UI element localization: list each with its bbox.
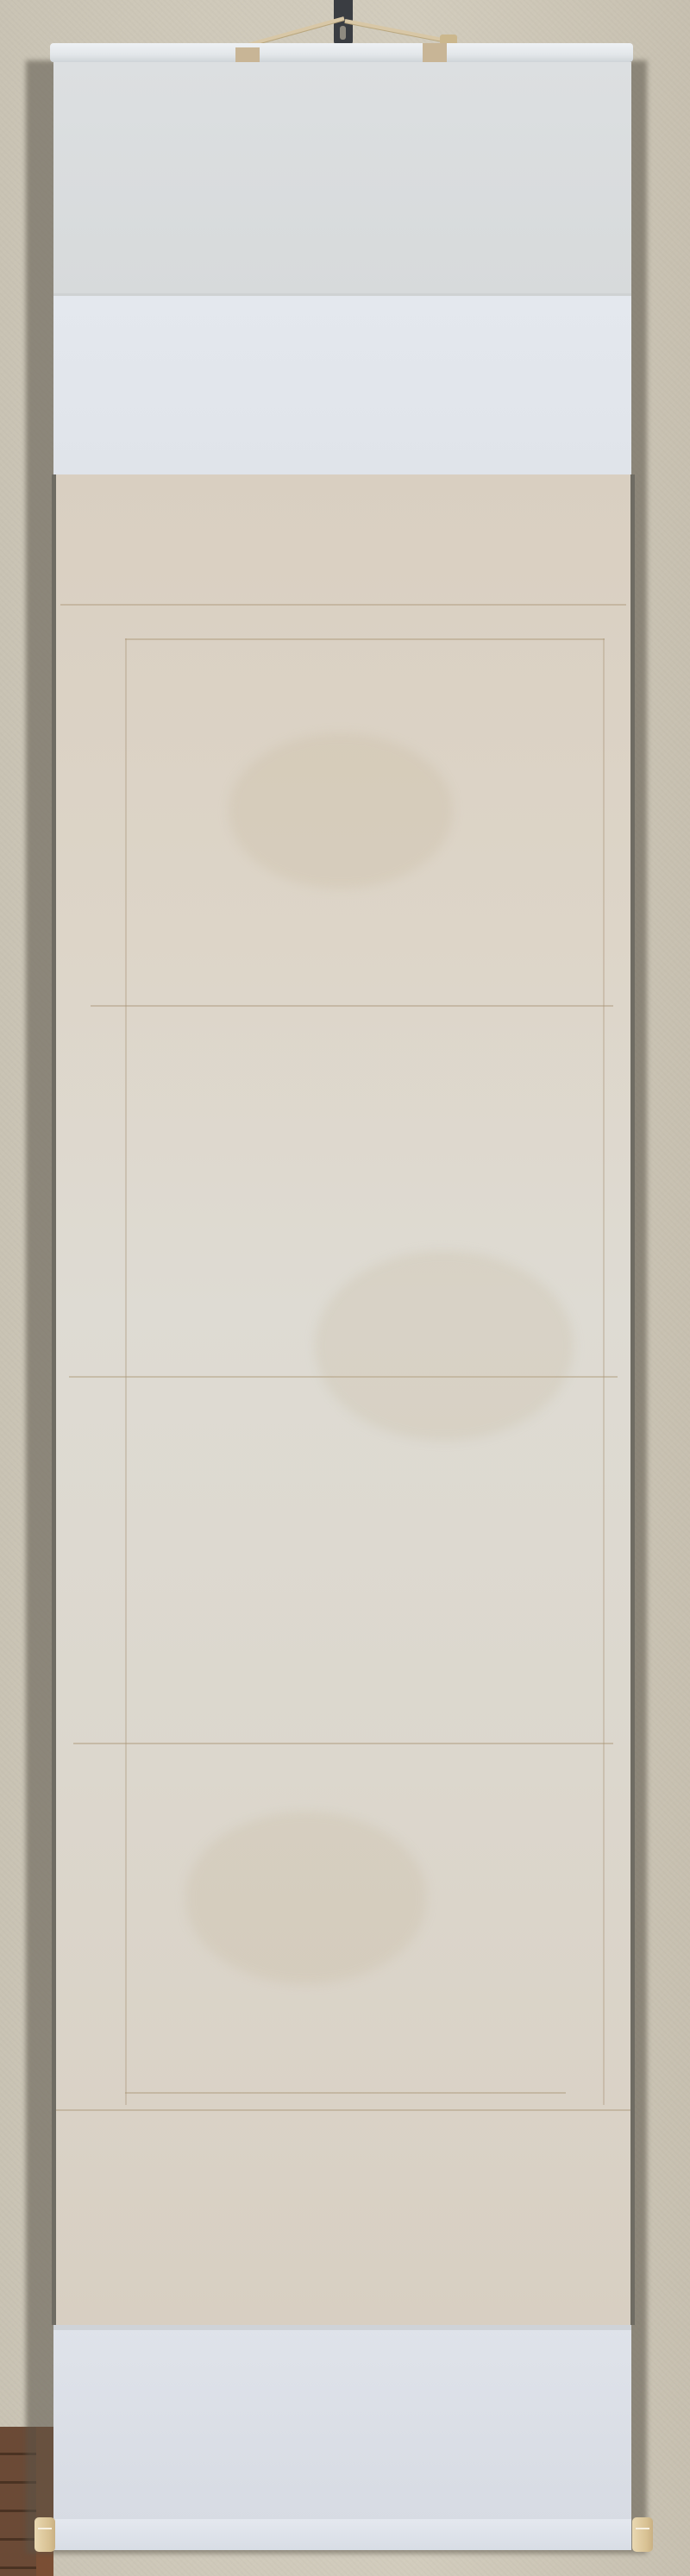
panel-seam bbox=[53, 2325, 631, 2330]
inner-border-right bbox=[603, 638, 605, 2105]
paper-stain bbox=[315, 1251, 574, 1441]
fold-line bbox=[56, 2109, 630, 2111]
rod-knob-right bbox=[632, 2517, 653, 2552]
scroll-body-paper bbox=[56, 474, 630, 2325]
bottom-rod bbox=[53, 2519, 631, 2550]
earth-panel bbox=[53, 2325, 631, 2523]
inner-border-left bbox=[125, 638, 127, 2105]
fold-line bbox=[60, 604, 626, 606]
heaven-panel-upper bbox=[53, 62, 631, 295]
fold-line bbox=[73, 1743, 613, 1744]
fold-line bbox=[125, 2092, 566, 2094]
knob-glint bbox=[636, 2528, 649, 2529]
paper-stain bbox=[185, 1812, 427, 1984]
panel-seam bbox=[53, 293, 631, 296]
hook-slot bbox=[340, 26, 346, 40]
scroll-body-frame bbox=[52, 474, 635, 2325]
rod-knob-left bbox=[34, 2517, 55, 2552]
fold-line bbox=[125, 638, 605, 640]
paper-stain bbox=[229, 733, 453, 889]
fold-line bbox=[91, 1005, 613, 1007]
knob-glint bbox=[38, 2528, 52, 2529]
heaven-panel-lower bbox=[53, 293, 631, 474]
top-rod bbox=[50, 43, 633, 62]
